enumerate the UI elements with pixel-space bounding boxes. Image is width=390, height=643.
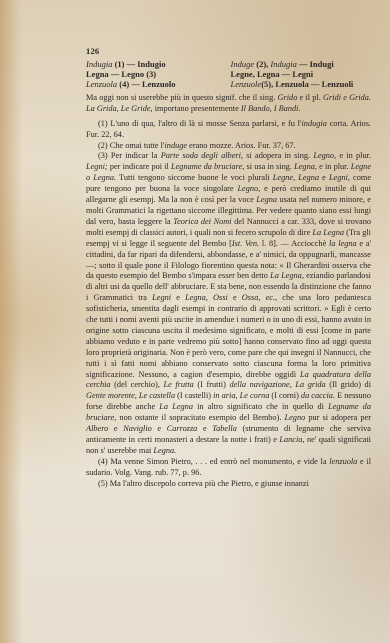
text: erano mozze. Arios. Fur. 37, 67. [187, 141, 296, 150]
text: e [228, 293, 242, 302]
term: Induge [231, 59, 255, 69]
term-text: (4) — Lenzuolo [117, 79, 175, 89]
table-cell-singular: Legna — Legno (3) [86, 69, 227, 79]
italic-term: induge [164, 141, 187, 150]
italic-term: La Legna [159, 402, 193, 411]
text: e il pl. [297, 93, 323, 102]
table-row: Indugia (1) — Indugio Induge (2), Indugi… [86, 59, 371, 69]
table-row: Legna — Legno (3) Legne, Legna — Legni [86, 69, 371, 79]
term-text: Legne, Legna — Legni [231, 69, 314, 79]
term: Indugia [270, 59, 296, 69]
italic-term: Legna, [294, 162, 317, 171]
italic-term: Parte soda degli alberi, [161, 151, 243, 160]
text: e [171, 293, 185, 302]
italic-term: Legni [152, 293, 171, 302]
footnote-2: (2) Che omai tutte l'induge erano mozze.… [86, 141, 371, 152]
italic-term: Legni, [329, 173, 350, 182]
term-text: (5), Lenzuola — Lenzuoli [261, 79, 353, 89]
text: (4) Ma venne Simon Pietro, . . . ed entr… [98, 457, 329, 466]
page-text: 126 Indugia (1) — Indugio Induge (2), In… [86, 46, 371, 490]
text: pur si adopera per [305, 413, 371, 422]
table-row: Lenzuola (4) — Lenzuolo Lenzuole(5), Len… [86, 79, 371, 89]
italic-term: in aria, Le corna [213, 391, 269, 400]
term-text: (1) — Indugio [112, 59, 165, 69]
term: Lenzuola [86, 79, 117, 89]
page-edge-stain [0, 0, 22, 643]
footnote-1: (1) L'uno di qua, l'altro di là si mosse… [86, 119, 371, 141]
italic-term: Lancia, [279, 435, 304, 444]
italic-term: La Legna [312, 228, 344, 237]
italic-term: Legna, Ossi [185, 293, 228, 302]
footnote-3: (3) Per indicar la Parte soda degli albe… [86, 151, 371, 456]
text: (del cerchio), [111, 380, 164, 389]
text: (3) Per indicar la [98, 151, 161, 160]
italic-term: indugia [301, 119, 326, 128]
term: Indugia [86, 59, 112, 69]
page-number: 126 [86, 46, 371, 57]
term: Lenzuole [231, 79, 262, 89]
term-text: Legna — Legno (3) [86, 69, 156, 79]
term-text: — Indugi [297, 59, 334, 69]
text: importano presentemente [153, 104, 241, 113]
text: si adopera in sing. [243, 151, 313, 160]
table-cell-plural: Lenzuole(5), Lenzuola — Lenzuoli [227, 79, 372, 89]
italic-term: Gente morente, Le castella [86, 391, 175, 400]
italic-term: Legne, Legna [273, 173, 319, 182]
italic-term: Legno, [237, 184, 260, 193]
italic-term: Le frutta [163, 380, 193, 389]
italic-term: Ist. Ven. [232, 239, 259, 248]
main-paragraph: Ma oggi non si userebbe più in questo si… [86, 93, 371, 115]
italic-term: Ossa, ec., [242, 293, 277, 302]
table-cell-singular: Indugia (1) — Indugio [86, 59, 227, 69]
italic-term: Legname da bruciare, [171, 162, 244, 171]
italic-term: lenzuola [329, 457, 357, 466]
text: l. 8]. — Acciocchè [259, 239, 329, 248]
text: (2) Che omai tutte l' [98, 141, 164, 150]
text: (I corni) [269, 391, 301, 400]
footnote-5: (5) Ma l'altro discepolo correva più che… [86, 479, 371, 490]
text: e in plur. [336, 151, 371, 160]
table-cell-plural: Legne, Legna — Legni [227, 69, 372, 79]
italic-term: Albero [86, 424, 108, 433]
italic-term: Legno, [313, 151, 336, 160]
italic-term: Tabella [212, 424, 237, 433]
text: Ma oggi non si userebbe più in questo si… [86, 93, 278, 102]
italic-term: Il Bando, I Bandi. [241, 104, 301, 113]
text: e [108, 424, 123, 433]
scanned-page: 126 Indugia (1) — Indugio Induge (2), In… [0, 0, 390, 643]
text: e [197, 424, 212, 433]
italic-term: Naviglio [123, 424, 152, 433]
italic-term: Teorica dei Nomi [173, 217, 231, 226]
text: (5) Ma l'altro discepolo correva più che… [98, 479, 309, 488]
declension-table: Indugia (1) — Indugio Induge (2), Indugi… [86, 59, 371, 89]
italic-term: Legna [256, 195, 277, 204]
text: in altro significato che in quello di [193, 402, 328, 411]
text: (I frutti) [194, 380, 230, 389]
italic-term: La Legna, [270, 271, 304, 280]
italic-term: da caccia. [301, 391, 335, 400]
italic-term: della navigazione, La grida [229, 380, 325, 389]
italic-term: Legna. [153, 446, 176, 455]
italic-term: Legno [285, 413, 306, 422]
text: si usa in sing. [244, 162, 294, 171]
text: che una loro pedantesca sofisticheria, s… [86, 293, 371, 378]
footnote-4: (4) Ma venne Simon Pietro, . . . ed entr… [86, 457, 371, 479]
table-cell-singular: Lenzuola (4) — Lenzuolo [86, 79, 227, 89]
text: per indicare poi il [108, 162, 171, 171]
table-cell-plural: Induge (2), Indugia — Indugi [227, 59, 372, 69]
term-text: (2), [254, 59, 270, 69]
text: e [152, 424, 167, 433]
italic-term: Legni; [86, 162, 108, 171]
text: (I castelli) [175, 391, 213, 400]
text: (1) L'uno di qua, l'altro di là si mosse… [98, 119, 301, 128]
text: (Il grido) di [326, 380, 371, 389]
italic-term: Grido [278, 93, 298, 102]
italic-term: Carrozza [167, 424, 198, 433]
text: non ostante il sopracitato esempio del B… [116, 413, 284, 422]
italic-term: la legna [329, 239, 357, 248]
text: e in plur. [317, 162, 351, 171]
text: e [319, 173, 329, 182]
text: Tutti tengono siccome buone le voci plur… [116, 173, 273, 182]
